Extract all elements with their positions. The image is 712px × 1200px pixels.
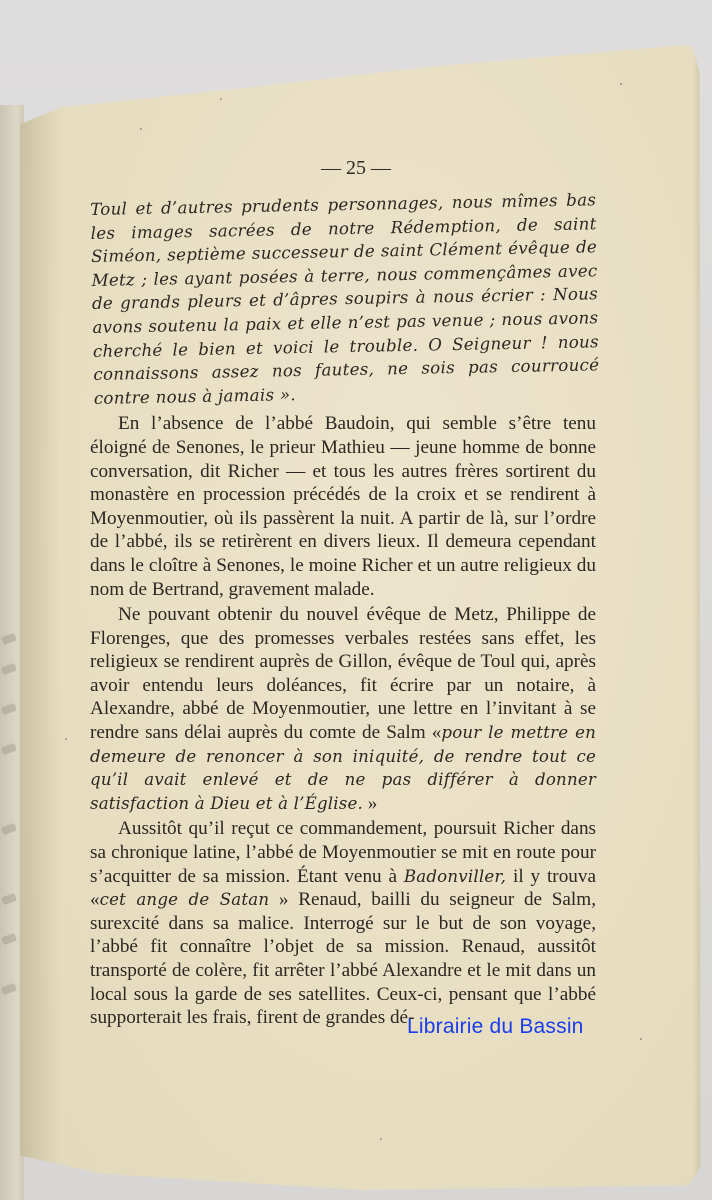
bleed-through-mark xyxy=(1,703,17,715)
bleed-through-mark xyxy=(1,823,17,835)
bleed-through-mark xyxy=(1,663,17,675)
bleed-through-mark xyxy=(1,893,17,905)
bleed-through-mark xyxy=(1,983,17,995)
bleed-through-mark xyxy=(1,933,17,945)
watermark-text: Librairie du Bassin xyxy=(407,1015,584,1039)
page-number: — 25 — xyxy=(0,157,712,180)
bleed-through-mark xyxy=(1,633,17,645)
paragraph: Ne pouvant obtenir du nouvel évêque de M… xyxy=(90,603,596,815)
bleed-through-mark xyxy=(1,743,17,755)
page-body: Toul et d’autres prudents personnages, n… xyxy=(90,198,596,1030)
paragraph: Aussitôt qu’il reçut ce commandement, po… xyxy=(90,817,596,1029)
quoted-passage: Toul et d’autres prudents personnages, n… xyxy=(90,188,600,410)
place-name-italic: Badonviller, xyxy=(404,867,506,886)
italic-quote: cet ange de Satan xyxy=(100,890,270,909)
paragraph: En l’absence de l’abbé Baudoin, qui semb… xyxy=(90,412,596,601)
